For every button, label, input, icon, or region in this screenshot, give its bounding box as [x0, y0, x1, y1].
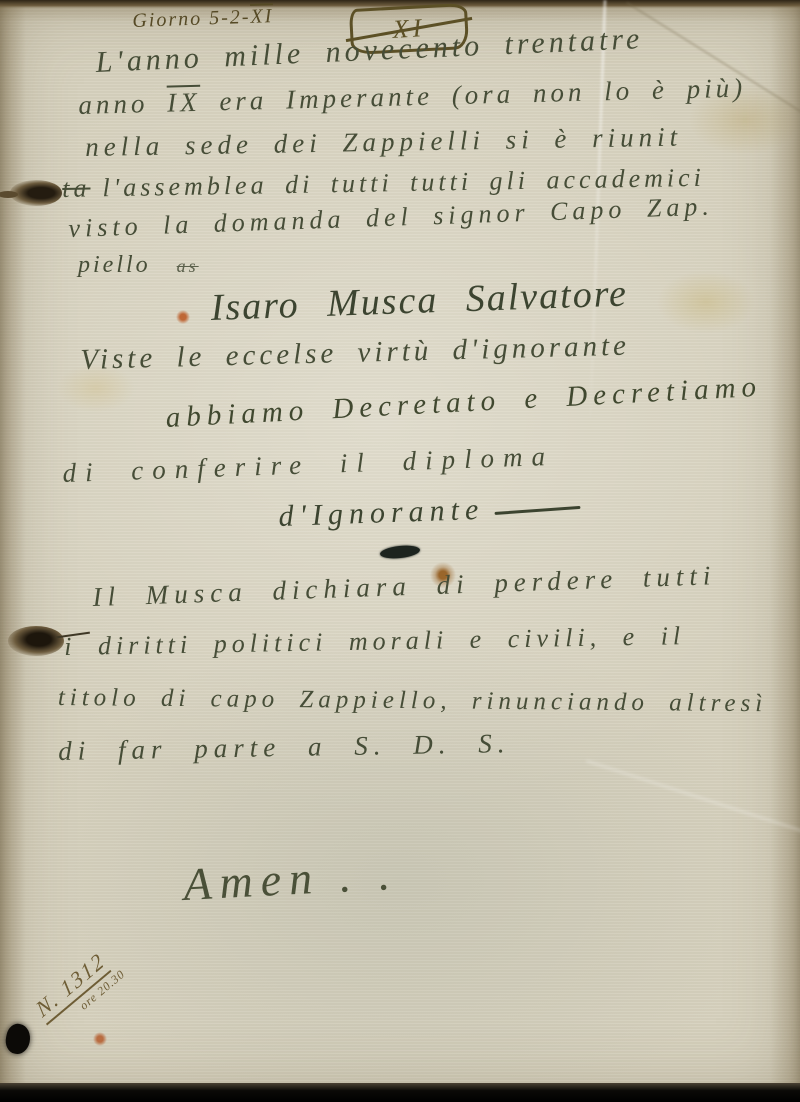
closing-signature: Amen . . — [182, 847, 399, 911]
binding-hole-bottom — [8, 626, 64, 656]
date-year-numeral: XI — [250, 5, 274, 28]
line6-word: piello — [78, 252, 151, 278]
diploma-title-text: d'Ignorante — [278, 493, 485, 533]
line2-prefix: anno — [78, 88, 168, 120]
handwritten-line: pielloas — [78, 252, 199, 279]
struck-scribble: as — [177, 256, 199, 276]
struck-word: ta — [62, 174, 91, 203]
date-line: Giorno 5-2-XI — [132, 5, 274, 33]
date-text: Giorno 5-2- — [132, 6, 251, 32]
flourish-line — [494, 506, 580, 515]
scan-edge-bottom — [0, 1083, 800, 1102]
era-numeral: IX — [167, 87, 201, 118]
manuscript-page: Giorno 5-2-XI XI L'anno mille novecento … — [0, 0, 800, 1102]
binding-hole-top — [10, 180, 62, 206]
